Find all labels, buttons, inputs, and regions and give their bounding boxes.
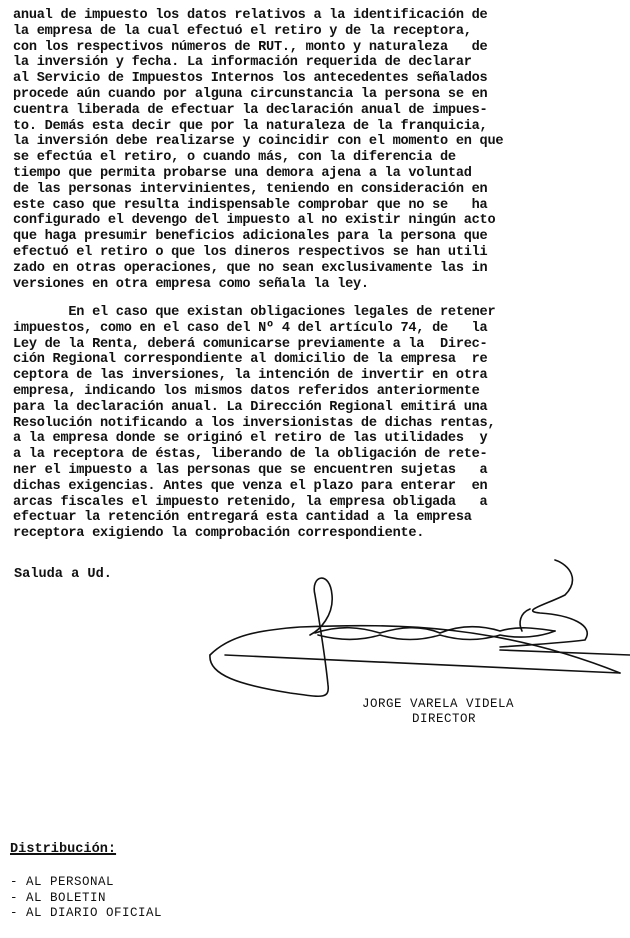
text-line: efectuar la retención entregará esta can… bbox=[13, 510, 613, 526]
text-line: este caso que resulta indispensable comp… bbox=[13, 198, 613, 214]
text-line: ceptora de las inversiones, la intención… bbox=[13, 368, 613, 384]
distribution-list: - AL PERSONAL - AL BOLETIN - AL DIARIO O… bbox=[10, 875, 162, 922]
distribution-heading: Distribución: bbox=[10, 842, 116, 857]
text-line: de las personas intervinientes, teniendo… bbox=[13, 182, 613, 198]
text-line: la inversión debe realizarse y coincidir… bbox=[13, 134, 613, 150]
text-line: configurado el devengo del impuesto al n… bbox=[13, 213, 613, 229]
text-line: impuestos, como en el caso del Nº 4 del … bbox=[13, 321, 613, 337]
paragraph-2: En el caso que existan obligaciones lega… bbox=[13, 305, 613, 542]
distribution-item: - AL PERSONAL bbox=[10, 875, 162, 891]
distribution-item: - AL DIARIO OFICIAL bbox=[10, 906, 162, 922]
text-line: efectuó el retiro o que los dineros resp… bbox=[13, 245, 613, 261]
text-line: a la empresa donde se originó el retiro … bbox=[13, 431, 613, 447]
text-line: Resolución notificando a los inversionis… bbox=[13, 416, 613, 432]
text-line: la empresa de la cual efectuó el retiro … bbox=[13, 24, 613, 40]
text-line: procede aún cuando por alguna circunstan… bbox=[13, 87, 613, 103]
text-line: al Servicio de Impuestos Internos los an… bbox=[13, 71, 613, 87]
text-line: receptora exigiendo la comprobación corr… bbox=[13, 526, 613, 542]
text-line: tiempo que permita probarse una demora a… bbox=[13, 166, 613, 182]
text-line: la inversión y fecha. La información req… bbox=[13, 55, 613, 71]
text-line: dichas exigencias. Antes que venza el pl… bbox=[13, 479, 613, 495]
text-line: arcas fiscales el impuesto retenido, la … bbox=[13, 495, 613, 511]
text-line: ner el impuesto a las personas que se en… bbox=[13, 463, 613, 479]
closing-salutation: Saluda a Ud. bbox=[14, 567, 112, 582]
text-line: anual de impuesto los datos relativos a … bbox=[13, 8, 613, 24]
text-line: cuentra liberada de efectuar la declarac… bbox=[13, 103, 613, 119]
text-line: para la declaración anual. La Dirección … bbox=[13, 400, 613, 416]
text-line: ción Regional correspondiente al domicil… bbox=[13, 352, 613, 368]
text-line: empresa, indicando los mismos datos refe… bbox=[13, 384, 613, 400]
text-line: to. Demás esta decir que por la naturale… bbox=[13, 119, 613, 135]
signer-title: DIRECTOR bbox=[362, 712, 562, 727]
text-line: En el caso que existan obligaciones lega… bbox=[13, 305, 613, 321]
signer-block: JORGE VARELA VIDELA DIRECTOR bbox=[362, 697, 562, 727]
text-line: se efectúa el retiro, o cuando más, con … bbox=[13, 150, 613, 166]
text-line: a la receptora de éstas, liberando de la… bbox=[13, 447, 613, 463]
text-line: Ley de la Renta, deberá comunicarse prev… bbox=[13, 337, 613, 353]
text-line: versiones en otra empresa como señala la… bbox=[13, 277, 613, 293]
document-page: anual de impuesto los datos relativos a … bbox=[0, 0, 630, 938]
distribution-item: - AL BOLETIN bbox=[10, 891, 162, 907]
paragraph-1: anual de impuesto los datos relativos a … bbox=[13, 8, 613, 292]
text-line: con los respectivos números de RUT., mon… bbox=[13, 40, 613, 56]
text-line: zado en otras operaciones, que no sean e… bbox=[13, 261, 613, 277]
text-line: que haga presumir beneficios adicionales… bbox=[13, 229, 613, 245]
signer-name: JORGE VARELA VIDELA bbox=[362, 697, 514, 711]
